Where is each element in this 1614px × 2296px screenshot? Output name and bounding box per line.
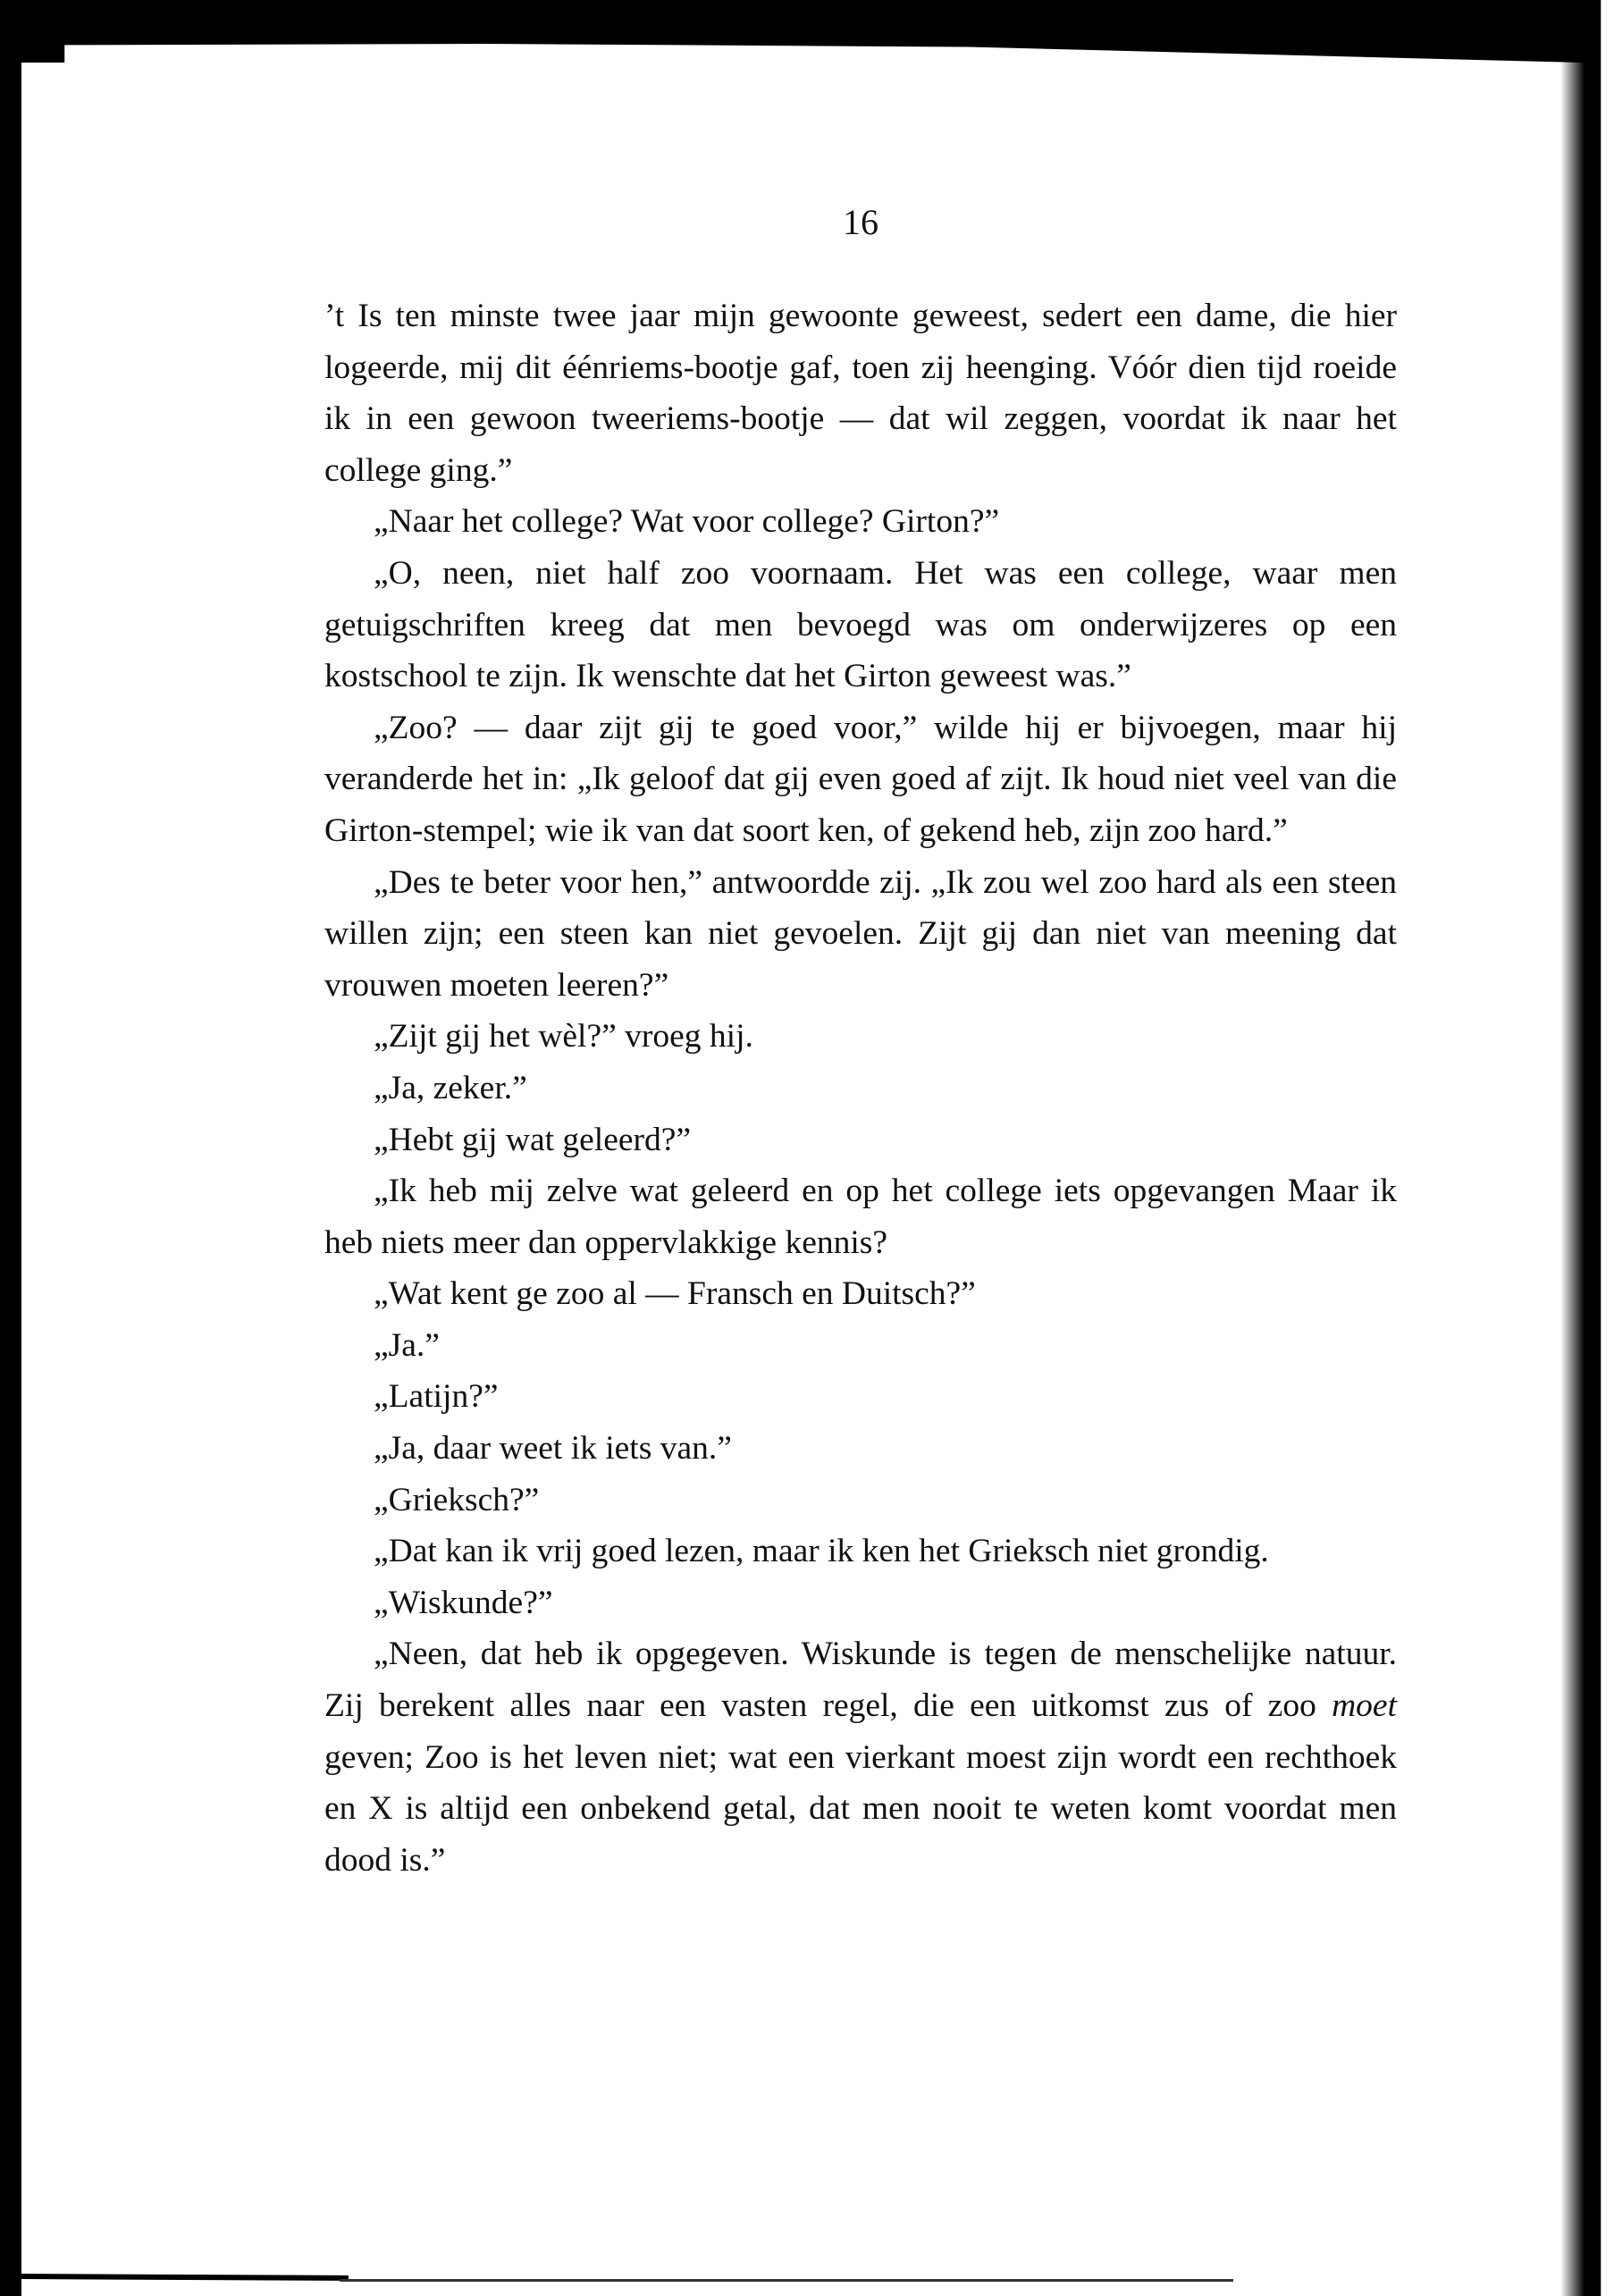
- scan-border-right: [1560, 0, 1614, 2296]
- paragraph: „Grieksch?”: [324, 1475, 1397, 1526]
- body-text: ’t Is ten minste twee jaar mijn gewoonte…: [324, 290, 1397, 1886]
- paragraph: „Ja, zeker.”: [324, 1063, 1397, 1114]
- paragraph: „Ik heb mij zelve wat geleerd en op het …: [324, 1165, 1397, 1268]
- paragraph: „Wiskunde?”: [324, 1577, 1397, 1629]
- text-run: „Neen, dat heb ik opgegeven. Wiskunde is…: [324, 1636, 1397, 1724]
- text-run: geven; Zoo is het leven niet; wat een vi…: [324, 1739, 1397, 1879]
- scan-border-left: [0, 0, 21, 2296]
- paragraph: „O, neen, niet half zoo voornaam. Het wa…: [324, 548, 1397, 702]
- paragraph: „Latijn?”: [324, 1371, 1397, 1423]
- paragraph: „Zoo? — daar zijt gij te goed voor,” wil…: [324, 702, 1397, 857]
- scan-border-bottom: [18, 2274, 349, 2281]
- paragraph-final: „Neen, dat heb ik opgegeven. Wiskunde is…: [324, 1628, 1397, 1886]
- scan-border-top: [0, 0, 1614, 63]
- paragraph: „Dat kan ik vrij goed lezen, maar ik ken…: [324, 1526, 1397, 1577]
- emphasis-moet: moet: [1332, 1687, 1397, 1724]
- paragraph: „Ja, daar weet ik iets van.”: [324, 1423, 1397, 1475]
- paragraph: „Ja.”: [324, 1320, 1397, 1372]
- paragraph: „Des te beter voor hen,” antwoordde zij.…: [324, 857, 1397, 1012]
- paragraph: „Wat kent ge zoo al — Fransch en Duitsch…: [324, 1268, 1397, 1320]
- page-number: 16: [324, 201, 1397, 243]
- paragraph: „Hebt gij wat geleerd?”: [324, 1114, 1397, 1166]
- paragraph: „Naar het college? Wat voor college? Gir…: [324, 496, 1397, 548]
- paragraph: ’t Is ten minste twee jaar mijn gewoonte…: [324, 290, 1397, 496]
- scan-border-bottom-edge: [340, 2279, 1233, 2282]
- paragraph: „Zijt gij het wèl?” vroeg hij.: [324, 1011, 1397, 1063]
